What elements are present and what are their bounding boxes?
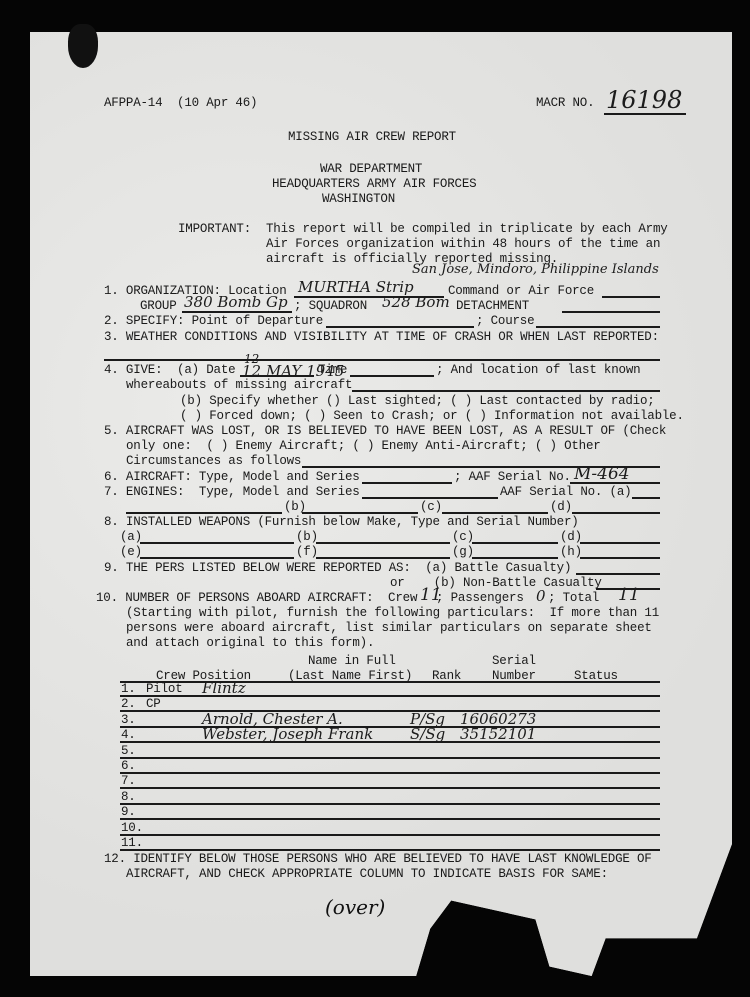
passengers-label: ; Passengers (436, 591, 524, 605)
item-10-note-3: and attach original to this form). (126, 636, 374, 650)
item-4-b-line-2: ( ) Forced down; ( ) Seen to Crash; or (… (180, 409, 684, 423)
row-number: 5. (121, 744, 136, 758)
dept-line-2: HEADQUARTERS ARMY AIR FORCES (272, 177, 476, 191)
command-label: Command or Air Force (448, 284, 594, 298)
item-5-line-2: only one: ( ) Enemy Aircraft; ( ) Enemy … (126, 439, 601, 453)
item-2-label: 2. SPECIFY: Point of Departure (104, 314, 323, 328)
passengers-count: 0 (536, 587, 546, 605)
item-5-line-3: Circumstances as follows (126, 454, 301, 468)
item-5-line-1: 5. AIRCRAFT WAS LOST, OR IS BELIEVED TO … (104, 424, 666, 438)
item-12-line-1: 12. IDENTIFY BELOW THOSE PERSONS WHO ARE… (104, 852, 652, 866)
location-known-label: ; And location of last known (436, 363, 640, 377)
row-divider (120, 803, 660, 805)
detachment-label: DETACHMENT (456, 299, 529, 313)
engine-d-label: (d) (550, 500, 572, 514)
item-10-note-1: (Starting with pilot, furnish the follow… (126, 606, 659, 620)
table-top-border (120, 681, 660, 683)
row-divider (120, 757, 660, 759)
location-note: San Jose, Mindoro, Philippine Islands (412, 262, 659, 277)
item-4-b-line-1: (b) Specify whether () Last sighted; ( )… (180, 394, 655, 408)
weapon-h-label: (h) (560, 545, 582, 559)
item-8-label: 8. INSTALLED WEAPONS (Furnish below Make… (104, 515, 579, 529)
crew-rank: S/Sg (410, 725, 445, 743)
item-10-note-2: persons were aboard aircraft, list simil… (126, 621, 652, 635)
item-10-label: 10. NUMBER OF PERSONS ABOARD AIRCRAFT: C… (96, 591, 417, 605)
dept-line-3: WASHINGTON (322, 192, 395, 206)
weapon-g-label: (g) (452, 545, 474, 559)
crew-position: Pilot (146, 682, 183, 696)
macr-number: 16198 (606, 86, 682, 114)
crew-position: CP (146, 697, 161, 711)
item-12-line-2: AIRCRAFT, AND CHECK APPROPRIATE COLUMN T… (126, 867, 608, 881)
row-number: 6. (121, 759, 136, 773)
row-divider (120, 710, 660, 712)
important-label: IMPORTANT: (178, 222, 251, 236)
row-number: 1. (121, 682, 136, 696)
engine-c-label: (c) (420, 500, 442, 514)
item-7-label: 7. ENGINES: Type, Model and Series (104, 485, 360, 499)
weapon-e-label: (e) (120, 545, 142, 559)
weapon-c-label: (c) (452, 530, 474, 544)
row-divider (120, 818, 660, 820)
crew-name: Webster, Joseph Frank (202, 725, 373, 743)
header-name-top: Name in Full (308, 654, 396, 668)
row-number: 11. (121, 836, 143, 850)
row-divider (120, 695, 660, 697)
row-divider (120, 787, 660, 789)
weapon-a-label: (a) (120, 530, 142, 544)
dept-line-1: WAR DEPARTMENT (320, 162, 422, 176)
row-divider (120, 834, 660, 836)
row-number: 2. (121, 697, 136, 711)
row-number: 10. (121, 821, 143, 835)
row-divider (120, 849, 660, 851)
aircraft-serial-label: ; AAF Serial No. (454, 470, 571, 484)
engine-serial-label: AAF Serial No. (a) (500, 485, 631, 499)
item-4-label: 4. GIVE: (a) Date (104, 363, 235, 377)
form-id: AFPPA-14 (10 Apr 46) (104, 96, 257, 110)
row-divider (120, 741, 660, 743)
weapon-b-label: (b) (296, 530, 318, 544)
item-3-label: 3. WEATHER CONDITIONS AND VISIBILITY AT … (104, 330, 659, 344)
aircraft-serial-value: M-464 (574, 464, 630, 484)
weapon-d-label: (d) (560, 530, 582, 544)
ink-smudge (68, 24, 98, 68)
row-number: 4. (121, 728, 136, 742)
important-line-2: Air Forces organization within 48 hours … (266, 237, 660, 251)
item-4-line-2: whereabouts of missing aircraft (126, 378, 352, 392)
group-label: GROUP (140, 299, 177, 313)
course-label: ; Course (476, 314, 534, 328)
crew-serial: 35152101 (460, 725, 536, 743)
item-9-label: 9. THE PERS LISTED BELOW WERE REPORTED A… (104, 561, 571, 575)
squadron-label: ; SQUADRON (294, 299, 367, 313)
important-line-1: This report will be compiled in triplica… (266, 222, 668, 236)
macr-label: MACR NO. (536, 96, 594, 110)
header-serial-top: Serial (492, 654, 536, 668)
weapon-f-label: (f) (296, 545, 318, 559)
total-count: 11 (618, 585, 640, 605)
item-6-label: 6. AIRCRAFT: Type, Model and Series (104, 470, 360, 484)
group-value: 380 Bomb Gp (184, 293, 288, 311)
row-number: 7. (121, 774, 136, 788)
report-title: MISSING AIR CREW REPORT (288, 130, 456, 144)
total-label: ; Total (548, 591, 599, 605)
over-note: (over) (325, 895, 385, 919)
row-number: 9. (121, 805, 136, 819)
row-divider (120, 772, 660, 774)
time-label: Time (318, 363, 347, 377)
row-number: 8. (121, 790, 136, 804)
row-divider (120, 726, 660, 728)
row-number: 3. (121, 713, 136, 727)
squadron-value: 528 Bom (382, 293, 450, 311)
